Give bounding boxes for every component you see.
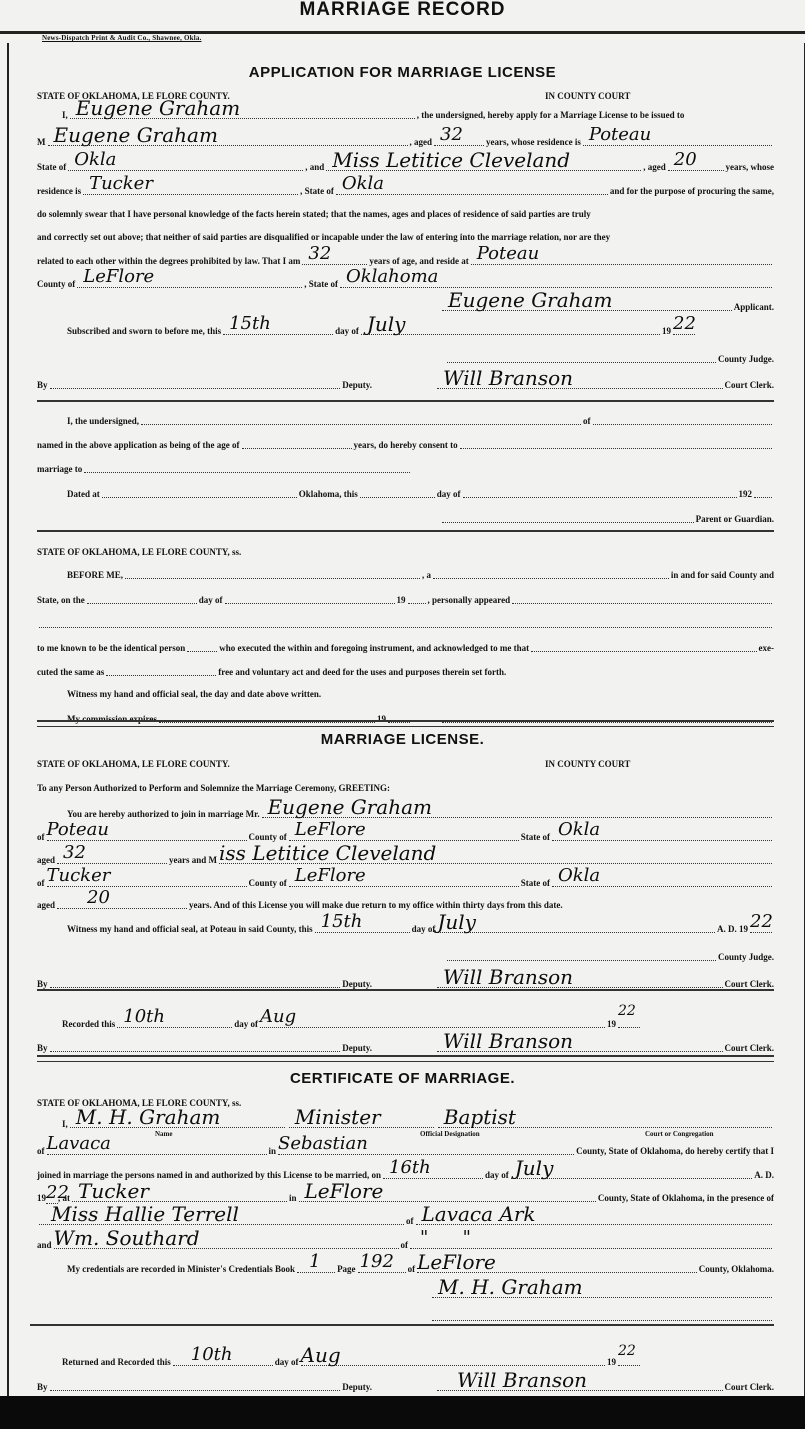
sworn-year-field[interactable]: 22 bbox=[673, 324, 695, 335]
label: M bbox=[37, 136, 46, 148]
label: years, do hereby consent to bbox=[354, 439, 458, 451]
label: of bbox=[37, 1145, 45, 1157]
label: day of bbox=[275, 1356, 299, 1368]
signature: Eugene Graham bbox=[448, 290, 612, 310]
handwritten-value: 22 bbox=[46, 1183, 69, 1203]
handwritten-value: 20 bbox=[87, 888, 110, 908]
sublabel-designation: Official Designation bbox=[420, 1130, 480, 1138]
consent-line-1: I, the undersigned, of bbox=[67, 414, 774, 427]
section-divider-double bbox=[37, 1055, 774, 1062]
label: years. And of this License you will make… bbox=[189, 899, 563, 911]
appeared-continuation-field[interactable] bbox=[39, 617, 772, 628]
application-court: IN COUNTY COURT bbox=[545, 90, 630, 102]
license-state-county: STATE OF OKLAHOMA, LE FLORE COUNTY. bbox=[37, 758, 230, 770]
label: County Judge. bbox=[718, 353, 774, 365]
ack-state-county: STATE OF OKLAHOMA, LE FLORE COUNTY, ss. bbox=[37, 546, 241, 558]
label: day of bbox=[234, 1018, 258, 1030]
label: Applicant. bbox=[734, 301, 774, 313]
married-county-field[interactable]: LeFlore bbox=[299, 1191, 596, 1202]
handwritten-value: LeFlore bbox=[417, 1252, 496, 1272]
county-judge-field[interactable] bbox=[447, 352, 716, 363]
witness-text: Witness my hand and official seal, the d… bbox=[67, 688, 321, 700]
handwritten-value: Tucker bbox=[47, 866, 111, 886]
handwritten-value: LeFlore bbox=[295, 866, 366, 886]
officiant-extra-field[interactable] bbox=[432, 1310, 772, 1321]
handwritten-value: 32 bbox=[308, 244, 331, 264]
handwritten-value: 15th bbox=[229, 314, 271, 334]
handwritten-value: 32 bbox=[440, 125, 463, 145]
label: County, State of Oklahoma, do hereby cer… bbox=[576, 1145, 774, 1157]
section-divider bbox=[37, 989, 774, 991]
label: I, bbox=[62, 109, 68, 121]
bride-name-field[interactable]: Miss Letitice Cleveland bbox=[326, 160, 641, 171]
handwritten-value: Poteau bbox=[589, 125, 651, 145]
label: day of bbox=[335, 325, 359, 337]
ack-line-5: cuted the same as free and voluntary act… bbox=[37, 665, 506, 678]
handwritten-value: LeFlore bbox=[305, 1181, 384, 1201]
license-title: MARRIAGE LICENSE. bbox=[0, 731, 805, 748]
label: By bbox=[37, 379, 48, 391]
handwritten-value: " " bbox=[420, 1228, 471, 1248]
handwritten-value: 22 bbox=[673, 314, 696, 334]
license-bride-age-field[interactable]: 20 bbox=[57, 898, 187, 909]
application-title: APPLICATION FOR MARRIAGE LICENSE bbox=[0, 64, 805, 81]
signature: Will Branson bbox=[457, 1370, 587, 1390]
label: aged bbox=[37, 899, 55, 911]
returned-deputy-field[interactable] bbox=[50, 1380, 341, 1391]
label: years, whose bbox=[726, 161, 775, 173]
label: 19 bbox=[607, 1018, 616, 1030]
label: Deputy. bbox=[342, 1381, 372, 1393]
married-day-field[interactable]: 16th bbox=[383, 1168, 483, 1179]
label: Page bbox=[337, 1263, 356, 1275]
handwritten-value: 22 bbox=[750, 912, 773, 932]
recorded-deputy-field[interactable] bbox=[50, 1041, 341, 1052]
handwritten-value: 10th bbox=[191, 1345, 233, 1365]
license-court: IN COUNTY COURT bbox=[545, 758, 630, 770]
license-county-judge-line: County Judge. bbox=[445, 950, 774, 963]
sublabel-congregation: Court or Congregation bbox=[645, 1130, 714, 1138]
cred-page-field[interactable]: 192 bbox=[358, 1262, 406, 1273]
consent-age-field[interactable] bbox=[242, 438, 352, 449]
official-title-field[interactable] bbox=[433, 568, 669, 579]
application-line-2: M Eugene Graham , aged 32 years, whose r… bbox=[37, 135, 774, 148]
pronoun-field[interactable] bbox=[106, 665, 216, 676]
bride-residence-field[interactable]: Tucker bbox=[83, 184, 298, 195]
handwritten-value: Eugene Graham bbox=[54, 125, 218, 145]
license-clerk-field[interactable]: Will Branson bbox=[437, 977, 723, 988]
label: day of bbox=[199, 594, 223, 606]
recorded-clerk-line: Will Branson Court Clerk. bbox=[435, 1041, 774, 1054]
label: marriage to bbox=[37, 463, 82, 475]
state-county-label: STATE OF OKLAHOMA, LE FLORE COUNTY. bbox=[37, 758, 230, 770]
label: 19 bbox=[662, 325, 671, 337]
application-line-4: residence is Tucker , State of Okla and … bbox=[37, 184, 774, 197]
section-divider-double bbox=[37, 720, 774, 727]
application-line-8: County of LeFlore , State of Oklahoma bbox=[37, 277, 774, 290]
recorded-day-field[interactable]: 10th bbox=[117, 1017, 232, 1028]
label: , State of bbox=[300, 185, 334, 197]
label: By bbox=[37, 1042, 48, 1054]
label: Oklahoma, this bbox=[299, 488, 358, 500]
signature: Will Branson bbox=[443, 1031, 573, 1051]
label: of bbox=[408, 1263, 416, 1275]
label: Court Clerk. bbox=[725, 379, 775, 391]
court-clerk-field[interactable]: Will Branson bbox=[437, 378, 723, 389]
handwritten-value: Okla bbox=[558, 866, 600, 886]
handwritten-value: Tucker bbox=[89, 174, 153, 194]
label: to me known to be the identical person bbox=[37, 642, 185, 654]
label: A. D. 19 bbox=[717, 923, 748, 935]
label: of bbox=[37, 877, 45, 889]
cred-book-field[interactable]: 1 bbox=[297, 1262, 335, 1273]
groom-residence-field[interactable]: Poteau bbox=[583, 135, 772, 146]
married-month-field[interactable]: July bbox=[511, 1168, 752, 1179]
label: Court Clerk. bbox=[725, 1381, 775, 1393]
label: County, State of Oklahoma, in the presen… bbox=[598, 1192, 774, 1204]
label: State of bbox=[37, 161, 66, 173]
label: day of bbox=[437, 488, 461, 500]
ack-line-1: BEFORE ME, , a in and for said County an… bbox=[67, 568, 774, 581]
consent-year-field[interactable] bbox=[754, 487, 772, 498]
label: Dated at bbox=[67, 488, 100, 500]
label: named in the above application as being … bbox=[37, 439, 240, 451]
handwritten-value: M. H. Graham bbox=[76, 1107, 221, 1127]
officiant-name-field[interactable]: M. H. Graham bbox=[70, 1117, 285, 1128]
court-label: IN COUNTY COURT bbox=[545, 758, 630, 770]
certificate-line-1: I, M. H. Graham Minister Baptist bbox=[62, 1117, 774, 1130]
label: day of bbox=[485, 1169, 509, 1181]
handwritten-value: July bbox=[515, 1158, 554, 1178]
label: 19 bbox=[37, 1192, 46, 1204]
label: of bbox=[401, 1239, 409, 1251]
sworn-line: Subscribed and sworn to before me, this … bbox=[67, 324, 697, 337]
signature: Will Branson bbox=[443, 967, 573, 987]
label: day of bbox=[412, 923, 436, 935]
handwritten-value: Sebastian bbox=[278, 1134, 368, 1154]
certificate-line-2: of Lavaca in Sebastian County, State of … bbox=[37, 1144, 774, 1157]
label: in bbox=[269, 1145, 277, 1157]
ack-line-4: to me known to be the identical person w… bbox=[37, 641, 774, 654]
groom-state-field[interactable]: Okla bbox=[68, 160, 303, 171]
recorded-deputy-line: By Deputy. bbox=[37, 1041, 372, 1054]
ack-line-2: State, on the day of 19 , personally app… bbox=[37, 593, 774, 606]
court-label: IN COUNTY COURT bbox=[545, 90, 630, 102]
license-groom-name-field[interactable]: Eugene Graham bbox=[262, 807, 772, 818]
handwritten-value: 15th bbox=[321, 912, 363, 932]
license-year-field[interactable]: 22 bbox=[750, 922, 772, 933]
certificate-title: CERTIFICATE OF MARRIAGE. bbox=[0, 1070, 805, 1087]
handwritten-value: 22 bbox=[618, 1341, 636, 1361]
returned-deputy-line: By Deputy. bbox=[37, 1380, 372, 1393]
guardian-signature-field[interactable] bbox=[442, 512, 694, 523]
officiant-signature-field[interactable]: M. H. Graham bbox=[432, 1287, 772, 1298]
license-month-field[interactable]: July bbox=[437, 922, 715, 933]
label: residence is bbox=[37, 185, 81, 197]
label: My credentials are recorded in Minister'… bbox=[67, 1263, 295, 1275]
consent-month-field[interactable] bbox=[463, 487, 737, 498]
applicant-county-field[interactable]: LeFlore bbox=[77, 277, 302, 288]
officiant-extra-line bbox=[430, 1310, 774, 1323]
handwritten-value: Wm. Southard bbox=[54, 1228, 200, 1248]
label: , State of bbox=[304, 278, 338, 290]
label: 19 bbox=[607, 1356, 616, 1368]
section-divider bbox=[30, 1324, 774, 1326]
returned-clerk-line: Will Branson Court Clerk. bbox=[435, 1380, 774, 1393]
applicant-residence-field[interactable]: Poteau bbox=[471, 254, 772, 265]
label: of bbox=[37, 831, 45, 843]
sworn-month-field[interactable]: July bbox=[361, 324, 660, 335]
handwritten-value: Miss Letitice Cleveland bbox=[332, 150, 570, 170]
label: Deputy. bbox=[342, 379, 372, 391]
label: 192 bbox=[739, 488, 753, 500]
handwritten-value: Tucker bbox=[78, 1181, 149, 1201]
application-line-3: State of Okla , and Miss Letitice Clevel… bbox=[37, 160, 774, 173]
label: State of bbox=[521, 877, 550, 889]
license-groom-county-field[interactable]: LeFlore bbox=[289, 830, 519, 841]
bride-state-field[interactable]: Okla bbox=[336, 184, 608, 195]
label: County Judge. bbox=[718, 951, 774, 963]
ack-line-3 bbox=[37, 617, 774, 630]
recorded-clerk-field[interactable]: Will Branson bbox=[437, 1041, 723, 1052]
label: and bbox=[37, 1239, 52, 1251]
handwritten-value: Poteau bbox=[47, 820, 109, 840]
label: cuted the same as bbox=[37, 666, 104, 678]
label: , aged bbox=[410, 136, 433, 148]
ack-year-field[interactable] bbox=[408, 593, 426, 604]
license-bride-town-field[interactable]: Tucker bbox=[47, 876, 247, 887]
handwritten-value: 1 bbox=[309, 1252, 320, 1272]
handwritten-value: July bbox=[367, 314, 406, 334]
handwritten-value: Eugene Graham bbox=[268, 797, 432, 817]
label: who executed the within and foregoing in… bbox=[219, 642, 529, 654]
license-bride-name-field[interactable]: iss Letitice Cleveland bbox=[219, 853, 772, 864]
officiant-signature-line: M. H. Graham bbox=[430, 1287, 774, 1300]
label: Parent or Guardian. bbox=[696, 513, 774, 525]
label: , a bbox=[422, 569, 431, 581]
license-greeting: To any Person Authorized to Perform and … bbox=[37, 782, 390, 794]
handwritten-value: 16th bbox=[389, 1158, 431, 1178]
handwritten-value: Minister bbox=[295, 1107, 381, 1127]
section-divider bbox=[37, 400, 774, 402]
sublabel-name: Name bbox=[155, 1130, 173, 1138]
applicant-signature-field[interactable]: Eugene Graham bbox=[442, 300, 732, 311]
court-clerk-line: Will Branson Court Clerk. bbox=[435, 378, 774, 391]
label: Recorded this bbox=[62, 1018, 115, 1030]
handwritten-value: Lavaca bbox=[47, 1134, 111, 1154]
witness-2-name-field[interactable]: Wm. Southard bbox=[54, 1238, 399, 1249]
handwritten-value: iss Letitice Cleveland bbox=[219, 843, 436, 863]
label: I, the undersigned, bbox=[67, 415, 139, 427]
handwritten-value: Okla bbox=[558, 820, 600, 840]
returned-year-field[interactable]: 22 bbox=[618, 1355, 640, 1366]
sworn-day-field[interactable]: 15th bbox=[223, 324, 333, 335]
acknowledged-field[interactable] bbox=[531, 641, 756, 652]
handwritten-value: 10th bbox=[123, 1007, 165, 1027]
label: Witness my hand and official seal, at Po… bbox=[67, 923, 313, 935]
consent-of-field[interactable] bbox=[593, 414, 772, 425]
applicant-name-field[interactable]: Eugene Graham bbox=[70, 108, 415, 119]
label: State, on the bbox=[37, 594, 85, 606]
oath-line-2: and correctly set out above; that neithe… bbox=[37, 231, 610, 243]
license-line-4: of Tucker County of LeFlore State of Okl… bbox=[37, 876, 774, 889]
label: County, Oklahoma. bbox=[699, 1263, 774, 1275]
license-groom-state-field[interactable]: Okla bbox=[552, 830, 772, 841]
oath-text: and correctly set out above; that neithe… bbox=[37, 231, 610, 243]
oath-line-1: do solemnly swear that I have personal k… bbox=[37, 208, 591, 220]
handwritten-value: Aug bbox=[301, 1345, 341, 1365]
label: years and M bbox=[169, 854, 217, 866]
cred-county-field[interactable]: LeFlore bbox=[417, 1262, 697, 1273]
officiant-town-field[interactable]: Lavaca bbox=[47, 1144, 267, 1155]
handwritten-value: July bbox=[437, 912, 476, 932]
label: Subscribed and sworn to before me, this bbox=[67, 325, 221, 337]
label: , aged bbox=[643, 161, 666, 173]
guardian-line: Parent or Guardian. bbox=[440, 512, 774, 525]
license-groom-age-field[interactable]: 32 bbox=[57, 853, 167, 864]
before-me-field[interactable] bbox=[125, 568, 420, 579]
returned-line: Returned and Recorded this 10th day of A… bbox=[62, 1355, 642, 1368]
handwritten-value: 32 bbox=[63, 843, 86, 863]
greeting-text: To any Person Authorized to Perform and … bbox=[37, 782, 390, 794]
license-groom-town-field[interactable]: Poteau bbox=[47, 830, 247, 841]
signature: Will Branson bbox=[443, 368, 573, 388]
printer-imprint: News-Dispatch Print & Audit Co., Shawnee… bbox=[42, 34, 202, 42]
handwritten-value: Aug bbox=[260, 1007, 296, 1027]
credentials-line: My credentials are recorded in Minister'… bbox=[67, 1262, 774, 1275]
bride-age-field[interactable]: 20 bbox=[668, 160, 724, 171]
handwritten-value: Lavaca Ark bbox=[422, 1204, 536, 1224]
handwritten-value: Baptist bbox=[444, 1107, 516, 1127]
label: Court Clerk. bbox=[725, 1042, 775, 1054]
consent-name-field[interactable] bbox=[141, 414, 581, 425]
handwritten-value: Okla bbox=[342, 174, 384, 194]
witness-2-place-field[interactable]: " " bbox=[410, 1238, 772, 1249]
deputy-line: By Deputy. bbox=[37, 378, 372, 391]
page-title: MARRIAGE RECORD bbox=[0, 0, 805, 20]
returned-clerk-field[interactable]: Will Branson bbox=[437, 1380, 723, 1391]
label: State of bbox=[521, 831, 550, 843]
officiant-designation-field[interactable]: Minister bbox=[289, 1117, 434, 1128]
married-place-field[interactable]: Tucker bbox=[72, 1191, 287, 1202]
ack-line-6: Witness my hand and official seal, the d… bbox=[67, 688, 321, 700]
handwritten-value: LeFlore bbox=[295, 820, 366, 840]
label: Returned and Recorded this bbox=[62, 1356, 171, 1368]
handwritten-value: Eugene Graham bbox=[76, 98, 240, 118]
handwritten-value: 20 bbox=[674, 150, 697, 170]
applicant-signature-line: Eugene Graham Applicant. bbox=[440, 300, 774, 313]
handwritten-value: Okla bbox=[74, 150, 116, 170]
handwritten-value: 192 bbox=[360, 1252, 394, 1272]
consent-to-field[interactable] bbox=[460, 438, 772, 449]
label: County of bbox=[37, 278, 75, 290]
recorded-year-field[interactable]: 22 bbox=[618, 1017, 640, 1028]
label: , and bbox=[305, 161, 324, 173]
license-day-field[interactable]: 15th bbox=[315, 922, 410, 933]
witness-1-place-field[interactable]: Lavaca Ark bbox=[416, 1214, 773, 1225]
license-deputy-field[interactable] bbox=[50, 977, 341, 988]
label: , the undersigned, hereby apply for a Ma… bbox=[417, 109, 685, 121]
license-bride-state-field[interactable]: Okla bbox=[552, 876, 772, 887]
groom-age-field[interactable]: 32 bbox=[434, 135, 484, 146]
handwritten-value: LeFlore bbox=[83, 267, 154, 287]
officiant-county-field[interactable]: Sebastian bbox=[278, 1144, 574, 1155]
groom-name-field[interactable]: Eugene Graham bbox=[48, 135, 408, 146]
label: free and voluntary act and deed for the … bbox=[218, 666, 506, 678]
license-line-5: aged 20 years. And of this License you w… bbox=[37, 898, 563, 911]
label: years, whose residence is bbox=[486, 136, 581, 148]
oath-text: do solemnly swear that I have personal k… bbox=[37, 208, 591, 220]
consent-line-2: named in the above application as being … bbox=[37, 438, 774, 451]
handwritten-value: 22 bbox=[618, 1001, 636, 1021]
label: BEFORE ME, bbox=[67, 569, 123, 581]
witness-1-name-field[interactable]: Miss Hallie Terrell bbox=[39, 1214, 404, 1225]
license-line-1: You are hereby authorized to join in mar… bbox=[67, 807, 774, 820]
consent-line-4: Dated at Oklahoma, this day of 192 bbox=[67, 487, 774, 500]
handwritten-value: Oklahoma bbox=[346, 267, 438, 287]
label: of bbox=[583, 415, 591, 427]
handwritten-value: Poteau bbox=[477, 244, 539, 264]
applicant-age-field[interactable]: 32 bbox=[302, 254, 367, 265]
deputy-field[interactable] bbox=[50, 378, 341, 389]
signature: M. H. Graham bbox=[438, 1277, 583, 1297]
witness-2-line: and Wm. Southard of " " bbox=[37, 1238, 774, 1251]
license-county-judge-field[interactable] bbox=[447, 950, 716, 961]
label: County of bbox=[249, 877, 287, 889]
label: in bbox=[289, 1192, 297, 1204]
county-judge-line: County Judge. bbox=[445, 352, 774, 365]
label: I, bbox=[62, 1118, 68, 1130]
label: A. D. bbox=[754, 1169, 774, 1181]
label: , personally appeared bbox=[428, 594, 511, 606]
person-suffix-field[interactable] bbox=[187, 641, 217, 652]
ack-day-field[interactable] bbox=[87, 593, 197, 604]
scan-edge-bar bbox=[0, 1396, 805, 1429]
label: 19 bbox=[397, 594, 406, 606]
label: and for the purpose of procuring the sam… bbox=[610, 185, 774, 197]
label: exe- bbox=[759, 642, 775, 654]
officiant-congregation-field[interactable]: Baptist bbox=[438, 1117, 772, 1128]
label: related to each other within the degrees… bbox=[37, 255, 300, 267]
dated-at-field[interactable] bbox=[102, 487, 297, 498]
section-divider bbox=[37, 530, 774, 532]
appeared-field[interactable] bbox=[512, 593, 772, 604]
label: By bbox=[37, 1381, 48, 1393]
license-line-3: aged 32 years and M iss Letitice Clevela… bbox=[37, 853, 774, 866]
recorded-month-field[interactable]: Aug bbox=[260, 1017, 605, 1028]
returned-day-field[interactable]: 10th bbox=[173, 1355, 273, 1366]
marriage-to-field[interactable] bbox=[84, 462, 410, 473]
consent-day-field[interactable] bbox=[360, 487, 435, 498]
ack-month-field[interactable] bbox=[225, 593, 395, 604]
application-line-1: I, Eugene Graham , the undersigned, here… bbox=[62, 108, 774, 121]
license-witness-line: Witness my hand and official seal, at Po… bbox=[67, 922, 774, 935]
handwritten-value: Miss Hallie Terrell bbox=[51, 1204, 239, 1224]
label: Deputy. bbox=[342, 1042, 372, 1054]
label: of bbox=[406, 1215, 414, 1227]
license-bride-county-field[interactable]: LeFlore bbox=[289, 876, 519, 887]
consent-line-3: marriage to bbox=[37, 462, 412, 475]
returned-month-field[interactable]: Aug bbox=[301, 1355, 605, 1366]
applicant-state-field[interactable]: Oklahoma bbox=[340, 277, 772, 288]
label: in and for said County and bbox=[671, 569, 774, 581]
state-county-label: STATE OF OKLAHOMA, LE FLORE COUNTY, ss. bbox=[37, 546, 241, 558]
